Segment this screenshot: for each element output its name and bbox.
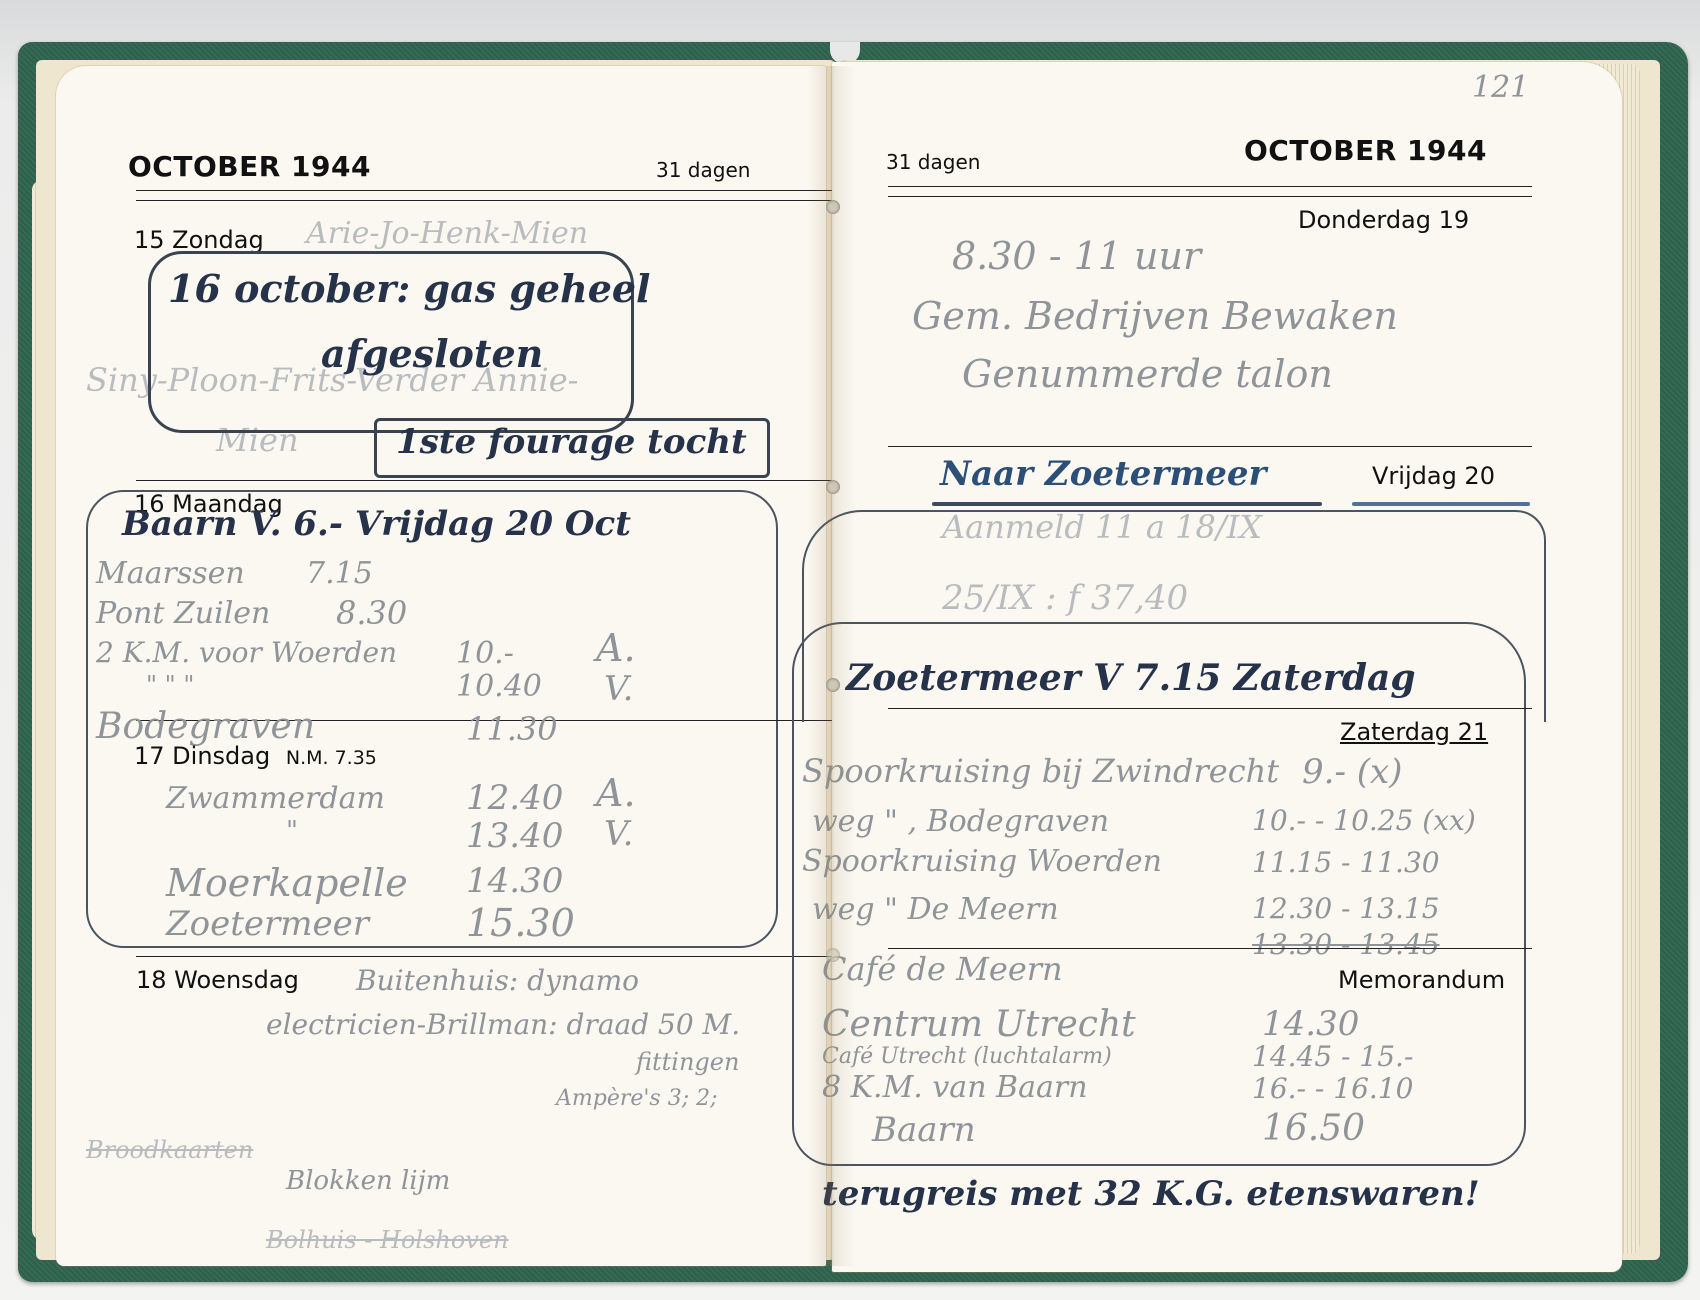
route-place: Moerkapelle (166, 861, 408, 905)
binding-hole (826, 200, 840, 214)
left-page: OCTOBER 1944 31 dagen 15 Zondag Arie-Jo-… (56, 66, 826, 1266)
ink-note-gas: 16 october: gas geheel (168, 266, 651, 311)
route-time: 11.30 (466, 710, 558, 748)
ink-note-gas: afgesloten (321, 331, 543, 376)
route-time: 16.- - 16.10 (1252, 1072, 1413, 1105)
route-place: " (286, 816, 298, 846)
route-place: " " " (146, 671, 194, 699)
moon-phase: N.M. 7.35 (286, 747, 377, 769)
ink-closing-note: terugreis met 32 K.G. etenswaren! (822, 1174, 1480, 1214)
route-mark: A. (596, 626, 636, 670)
route-place: Baarn (872, 1110, 976, 1150)
route-time: 13.30 - 13.45 (1252, 928, 1440, 961)
route-mark: V. (604, 814, 633, 854)
pencil-note: fittingen (636, 1048, 739, 1076)
route-place: Spoorkruising bij Zwindrecht (802, 752, 1279, 790)
route-time: 12.40 (466, 778, 563, 818)
header-rule (888, 186, 1532, 187)
route-place: Zoetermeer (166, 904, 369, 944)
day-label-19: Donderdag 19 (1298, 206, 1469, 234)
route-place: Pont Zuilen (96, 596, 270, 631)
route-time: 15.30 (466, 901, 575, 945)
binding-hole (826, 678, 840, 692)
route-place: Café Utrecht (luchtalarm) (822, 1044, 1112, 1069)
book-gutter (808, 66, 856, 1266)
binding-hole (826, 480, 840, 494)
route-place: Bodegraven (96, 706, 315, 747)
route-time: 10.- (456, 636, 514, 671)
day-label-18: 18 Woensdag (136, 966, 299, 994)
route-time: 13.40 (466, 816, 563, 856)
binding-hole (826, 948, 840, 962)
day-rule (888, 708, 1532, 709)
day-rule (888, 446, 1532, 447)
pencil-note: Genummerde talon (962, 352, 1333, 396)
pencil-note: Arie-Jo-Henk-Mien (306, 216, 588, 251)
route-place: 2 K.M. voor Woerden (96, 636, 397, 669)
right-page: 121 31 dagen OCTOBER 1944 Donderdag 19 8… (832, 62, 1622, 1272)
route-place: Centrum Utrecht (822, 1004, 1136, 1045)
route-time: 10.- - 10.25 (xx) (1252, 804, 1476, 837)
ink-underline (932, 502, 1322, 506)
pencil-note: Ampère's 3; 2; (556, 1086, 718, 1111)
route-time: 10.40 (456, 669, 542, 704)
right-day-count: 31 dagen (886, 150, 980, 174)
memorandum-label: Memorandum (1338, 966, 1505, 994)
header-rule (136, 190, 832, 191)
struck-note: Bolhuis - Holshoven (266, 1226, 509, 1254)
day-label-17: 17 Dinsdag N.M. 7.35 (134, 742, 377, 770)
pencil-note: 8.30 - 11 uur (952, 234, 1201, 278)
route-time: 11.15 - 11.30 (1252, 846, 1440, 879)
pencil-note: Gem. Bedrijven Bewaken (912, 294, 1398, 338)
day-rule (888, 948, 1532, 949)
struck-note: Broodkaarten (86, 1136, 253, 1164)
route-mark: V. (604, 669, 633, 709)
day-label-15: 15 Zondag (134, 226, 264, 254)
route-time: 14.45 - 15.- (1252, 1040, 1413, 1073)
route-time: 14.30 (1262, 1004, 1359, 1044)
route-time: 16.50 (1262, 1108, 1365, 1149)
header-rule (136, 200, 832, 201)
day-rule (136, 480, 832, 481)
ink-heading-saturday: Zoetermeer V 7.15 Zaterdag (846, 657, 1416, 699)
ink-heading-baarn: Baarn V. 6.- Vrijdag 20 Oct (122, 504, 631, 544)
ink-note-fourage: 1ste fourage tocht (396, 422, 747, 462)
route-place: Café de Meern (822, 950, 1063, 988)
ink-underline (1352, 502, 1530, 506)
route-place: weg " , Bodegraven (812, 804, 1109, 839)
route-time: 9.- (x) (1302, 752, 1402, 792)
route-place: Zwammerdam (166, 781, 385, 816)
pencil-note: electricien-Brillman: draad 50 M. (266, 1008, 740, 1041)
route-place: 8 K.M. van Baarn (822, 1070, 1088, 1105)
day-label-17-text: 17 Dinsdag (134, 742, 270, 770)
route-place: Maarssen (96, 556, 245, 591)
left-month-title: OCTOBER 1944 (128, 150, 371, 183)
route-time: 7.15 (306, 556, 373, 591)
right-month-title: OCTOBER 1944 (1244, 134, 1487, 167)
route-time: 14.30 (466, 861, 563, 901)
pencil-note: Buitenhuis: dynamo (356, 964, 639, 997)
route-mark: A. (596, 771, 636, 815)
left-day-count: 31 dagen (656, 158, 750, 182)
pencil-note: Blokken lijm (286, 1166, 450, 1196)
ink-heading-zoetermeer: Naar Zoetermeer (940, 454, 1266, 494)
header-rule (888, 196, 1532, 197)
route-time: 12.30 - 13.15 (1252, 892, 1440, 925)
day-label-21: Zaterdag 21 (1340, 718, 1488, 746)
day-label-20: Vrijdag 20 (1372, 462, 1495, 490)
page-number: 121 (1472, 70, 1529, 105)
route-time: 8.30 (336, 594, 407, 632)
day-rule (136, 956, 832, 957)
